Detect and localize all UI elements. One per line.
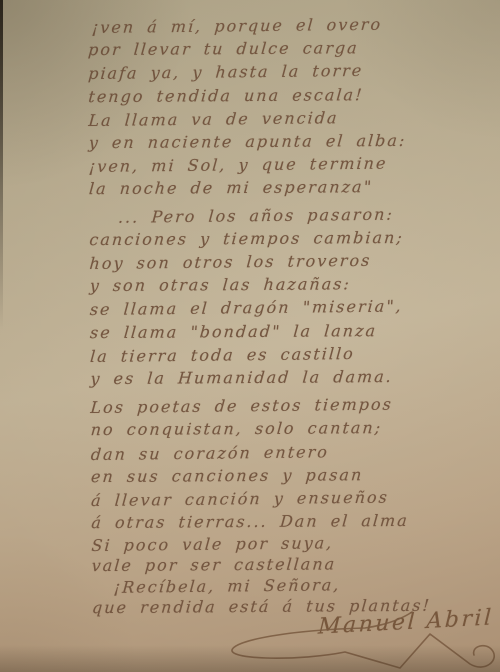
poem-line: tengo tendida una escala! xyxy=(88,82,500,108)
poem-line: piafa ya, y hasta la torre xyxy=(87,58,499,86)
poem-line: y es la Humanidad la dama. xyxy=(90,364,500,390)
poem-line: la noche de mi esperanza" xyxy=(88,175,500,201)
signature-flourish xyxy=(150,598,500,672)
poem-line: se llama "bondad" la lanza xyxy=(89,318,500,344)
poem-line: ... Pero los años pasaron: xyxy=(117,201,500,229)
poem-line: no conquistan, solo cantan; xyxy=(90,416,500,442)
manuscript-photo: ¡ven á mí, porque el overo por llevar tu… xyxy=(0,0,500,672)
poem-line: se llama el dragón "miseria", xyxy=(89,294,500,322)
poem-text: ¡ven á mí, porque el overo por llevar tu… xyxy=(0,12,500,619)
